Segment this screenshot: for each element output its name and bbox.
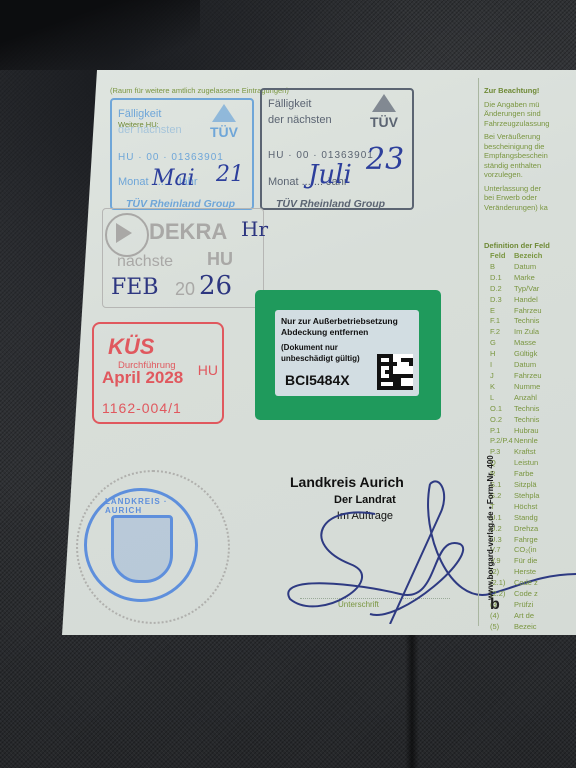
definition-field: L [490,393,514,404]
definition-desc: Code z [514,589,574,600]
definition-row: F.2Im Zula [490,327,574,338]
definition-field: E [490,306,514,317]
column-divider [478,78,479,626]
definition-desc: Code z [514,578,574,589]
definition-row: RFarbe [490,469,574,480]
definition-row: (4)Art de [490,611,574,622]
car-seat-seam [405,635,419,768]
sticker-line1: Nur zur Außerbetriebsetzung [281,316,398,326]
definition-row: D.3Handel [490,295,574,306]
definition-row: JFahrzeu [490,371,574,382]
kues-stamp: KÜS Durchführung April 2028 HU 1162-004/… [92,322,224,424]
definition-field: O.2 [490,415,514,426]
definition-desc: Fahrge [514,535,574,546]
definition-row: EFahrzeu [490,306,574,317]
weitere-hu-label: Weitere HU: [118,120,159,129]
definition-desc: Für die [514,556,574,567]
definition-desc: Farbe [514,469,574,480]
notes-paragraph: Bei Veräußerungbescheinigung dieEmpfangs… [484,132,576,180]
handwritten-initials: Hr [241,217,268,241]
dekra-hu-label: HU [207,249,233,270]
definition-desc: Technis [514,316,574,327]
tuv-logo-icon: TÜV [206,104,242,140]
handwritten-year: 21 [216,162,244,187]
stamp-line: Fälligkeit [118,108,161,120]
definition-field: D.3 [490,295,514,306]
definition-row: P.3Kraftst [490,447,574,458]
handwritten-year: 26 [199,271,232,301]
tuv-stamp-new: Fälligkeit der nächsten TÜV HU · 00 · 01… [260,88,414,210]
sticker-line4: unbeschädigt gültig) [281,354,360,363]
definition-desc: Technis [514,404,574,415]
dekra-brand: DEKRA [149,219,227,245]
definition-desc: Hubrau [514,426,574,437]
definition-desc: Leistun [514,458,574,469]
sticker-code: BCI5484X [285,372,350,388]
definition-row: GMasse [490,338,574,349]
definition-desc: Masse [514,338,574,349]
definition-field: H [490,349,514,360]
handwritten-year: 23 [366,142,404,177]
definition-row: BDatum [490,262,574,273]
dekra-stamp: DEKRA nächste HU 20 FEB 26 Hr [102,208,264,308]
registration-document: (Raum für weitere amtlich zugelassene Ei… [62,70,576,635]
definition-desc: Fahrzeu [514,371,574,382]
dekra-year-prefix: 20 [175,279,195,300]
definition-desc: Gültigk [514,349,574,360]
definition-row: U.3Fahrge [490,535,574,546]
stamp-group: TÜV Rheinland Group [276,198,385,210]
handwritten-month: FEB [111,275,159,300]
definition-desc: CO₂(in [514,545,574,556]
definition-row: S.2Stehpla [490,491,574,502]
official-seal: LANDKREIS · AURICH [84,488,198,602]
definition-desc: Typ/Var [514,284,574,295]
definition-row: (2.1)Code z [490,578,574,589]
definition-row: (5)Bezeic [490,622,574,633]
definition-desc: Höchst [514,502,574,513]
definition-desc: Im Zula [514,327,574,338]
handwritten-month: Mai [152,166,195,191]
definition-desc: Prüfzi [514,600,574,611]
security-sticker: Nur zur AußerbetriebsetzungAbdeckung ent… [255,290,441,420]
publisher-text: www.borgard-verlag.de • Form-Nr. 400 [486,455,495,600]
definition-field: I [490,360,514,371]
definition-row: THöchst [490,502,574,513]
definition-field: J [490,371,514,382]
definition-field: F.1 [490,316,514,327]
definition-desc: Sitzplä [514,480,574,491]
definition-desc: Datum [514,360,574,371]
definition-row: D.2Typ/Var [490,284,574,295]
sticker-label: Nur zur AußerbetriebsetzungAbdeckung ent… [275,310,419,396]
definition-field: G [490,338,514,349]
definition-field: F.2 [490,327,514,338]
definition-row: P.2/P.4Nennle [490,436,574,447]
definition-row: S.1Sitzplä [490,480,574,491]
definition-row: IDatum [490,360,574,371]
sticker-line2: Abdeckung entfernen [281,327,368,337]
stamp-code: HU · 00 · 01363901 [118,152,224,163]
definition-row: D.1Marke [490,273,574,284]
stamp-line: der nächsten [268,114,332,126]
coat-of-arms-icon [111,515,173,583]
definition-row: U.2Drehza [490,524,574,535]
definitions-header-field: Feld [490,251,514,262]
datamatrix-code-icon [377,354,413,390]
definition-row: U.1Standg [490,513,574,524]
definition-desc: Kraftst [514,447,574,458]
tuv-logo-icon: TÜV [366,94,402,130]
notes-column: Zur Beachtung! Die Angaben müÄnderungen … [484,86,576,216]
tuv-stamp-old: Fälligkeit der nächsten TÜV HU · 00 · 01… [110,98,254,210]
definition-row: QLeistun [490,458,574,469]
definition-desc: Numme [514,382,574,393]
definition-desc: Datum [514,262,574,273]
definition-row: F.1Technis [490,316,574,327]
definition-desc: Technis [514,415,574,426]
definition-field: P.1 [490,426,514,437]
definition-desc: Art de [514,611,574,622]
definition-row: V.7CO₂(in [490,545,574,556]
definition-desc: Standg [514,513,574,524]
definitions-header-desc: Bezeich [514,251,574,262]
handwritten-month: Juli [308,160,352,190]
definition-desc: Marke [514,273,574,284]
definition-desc: Herste [514,567,574,578]
notes-paragraph: Die Angaben müÄnderungen sindFahrzeugzul… [484,100,576,129]
definition-desc: Anzahl [514,393,574,404]
dekra-next-label: nächste [117,253,173,271]
definition-row: HGültigk [490,349,574,360]
definition-row: (3)Prüfzi [490,600,574,611]
car-seat-shadow [0,0,200,70]
definition-desc: Bezeic [514,622,574,633]
definition-field: P.2/P.4 [490,436,514,447]
definition-desc: Stehpla [514,491,574,502]
definition-field: B [490,262,514,273]
notes-heading: Zur Beachtung! [484,86,576,96]
stamp-line: Fälligkeit [268,98,311,110]
definitions-table: FeldBezeich BDatumD.1MarkeD.2Typ/VarD.3H… [490,251,574,633]
definition-row: O.1Technis [490,404,574,415]
kues-number: 1162-004/1 [102,400,182,416]
seal-text: LANDKREIS · AURICH [105,497,195,515]
definition-desc: Nennle [514,436,574,447]
kues-date: April 2028 [102,368,183,388]
definition-row: KNumme [490,382,574,393]
definition-row: (2.2)Code z [490,589,574,600]
definition-row: LAnzahl [490,393,574,404]
definition-row: P.1Hubrau [490,426,574,437]
definition-desc: Handel [514,295,574,306]
definition-field: D.2 [490,284,514,295]
sticker-line3: (Dokument nur [281,343,338,352]
definitions-title: Definition der Feld [484,241,550,250]
definition-desc: Fahrzeu [514,306,574,317]
notes-paragraph: Unterlassung derbei Erwerb oderVeränderu… [484,184,576,213]
kues-hu-label: HU [198,362,218,378]
kues-brand: KÜS [108,334,154,360]
definition-row: V.9Für die [490,556,574,567]
definition-desc: Drehza [514,524,574,535]
definition-field: (5) [490,622,514,633]
definition-field: D.1 [490,273,514,284]
definition-row: (2)Herste [490,567,574,578]
definition-row: O.2Technis [490,415,574,426]
definition-field: K [490,382,514,393]
definition-field: O.1 [490,404,514,415]
